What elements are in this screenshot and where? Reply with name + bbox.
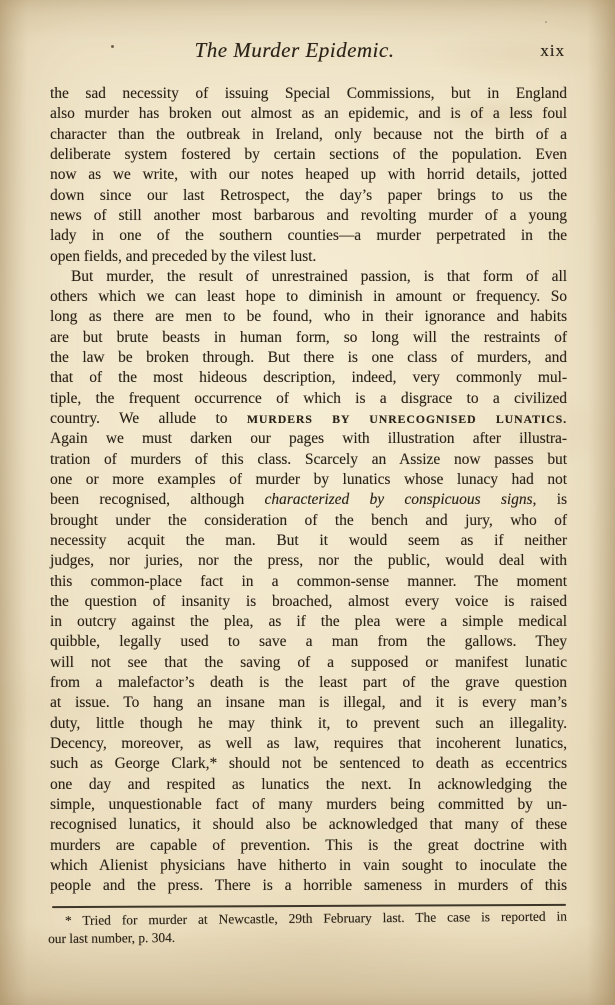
text-line: one or more examples of murder by lunati… <box>50 470 567 490</box>
text-line: the question of insanity is broached, al… <box>50 592 567 612</box>
text-line: at issue. To hang an insane man is illeg… <box>50 693 567 713</box>
text-segment: character than the outbreak in Ireland, … <box>50 126 567 143</box>
text-segment: such as George Clark,* should not be sen… <box>50 755 567 772</box>
text-line: one day and respited as lunatics the nex… <box>50 775 567 795</box>
text-line: are but brute beasts in human form, so l… <box>50 328 567 348</box>
text-segment: in outcry against the plea, as if the pl… <box>50 613 567 630</box>
text-line: tration of murders of this class. Scarce… <box>50 450 567 470</box>
text-segment: been recognised, although <box>50 491 265 508</box>
text-line: that of the most hideous description, in… <box>50 368 567 388</box>
ink-speck <box>545 21 547 23</box>
text-line: also murder has broken out almost as an … <box>50 104 567 124</box>
text-line: necessity acquit the man. But it would s… <box>50 531 567 551</box>
text-segment: that of the most hideous description, in… <box>50 369 567 386</box>
text-line: tiple, the frequent occurrence of which … <box>50 389 567 409</box>
text-line: quibble, legally used to save a man from… <box>50 632 567 652</box>
text-segment: quibble, legally used to save a man from… <box>50 633 567 650</box>
body-text: the sad necessity of issuing Special Com… <box>50 84 567 897</box>
text-segment: long as there are men to be found, who i… <box>50 308 567 325</box>
text-line: brought under the consideration of the b… <box>50 511 567 531</box>
text-segment: others which we can least hope to dimini… <box>50 288 567 305</box>
text-segment: brought under the consideration of the b… <box>50 512 567 529</box>
smallcaps-phrase: MURDERS BY UNRECOGNISED LUNATICS. <box>247 412 567 426</box>
text-segment: country. We allude to <box>50 410 247 427</box>
text-segment: simple, unquestionable fact of many murd… <box>50 796 567 813</box>
text-segment: also murder has broken out almost as an … <box>50 105 567 122</box>
text-line: others which we can least hope to dimini… <box>50 287 567 307</box>
footnote-line: our last number, p. 304. <box>48 925 567 948</box>
text-line: duty, little though he may think it, to … <box>50 714 567 734</box>
text-segment: Decency, moreover, as well as law, requi… <box>50 735 567 752</box>
text-line: which Alienist physicians have hitherto … <box>50 856 567 876</box>
text-line: will not see that the saving of a suppos… <box>50 653 567 673</box>
footnote: * Tried for murder at Newcastle, 29th Fe… <box>48 907 567 948</box>
text-segment: lady in one of the southern counties—a m… <box>50 227 567 244</box>
text-line: simple, unquestionable fact of many murd… <box>50 795 567 815</box>
text-line: character than the outbreak in Ireland, … <box>50 125 567 145</box>
text-line: such as George Clark,* should not be sen… <box>50 754 567 774</box>
text-line: people and the press. There is a horribl… <box>50 876 567 896</box>
text-segment: which Alienist physicians have hitherto … <box>50 857 567 874</box>
text-segment: open fields, and preceded by the vilest … <box>50 248 316 265</box>
page-header: The Murder Epidemic. xix <box>50 38 567 66</box>
text-line: But murder, the result of unrestrained p… <box>50 267 567 287</box>
text-segment: necessity acquit the man. But it would s… <box>50 532 567 549</box>
italic-phrase: characterized by conspicuous signs <box>265 491 533 508</box>
text-line: Decency, moreover, as well as law, requi… <box>50 734 567 754</box>
text-segment: deliberate system fostered by certain se… <box>50 146 567 163</box>
text-line: murders are capable of prevention. This … <box>50 836 567 856</box>
text-line: judges, nor juries, nor the press, nor t… <box>50 551 567 571</box>
text-segment: the law be broken through. But there is … <box>50 349 567 366</box>
text-segment: from a malefactor’s death is the least p… <box>50 674 567 691</box>
text-segment: judges, nor juries, nor the press, nor t… <box>50 552 567 569</box>
text-line: down since our last Retrospect, the day’… <box>50 186 567 206</box>
running-title: The Murder Epidemic. <box>36 38 553 63</box>
text-segment: people and the press. There is a horribl… <box>50 877 567 894</box>
text-line: news of still another most barbarous and… <box>50 206 567 226</box>
text-line: in outcry against the plea, as if the pl… <box>50 612 567 632</box>
text-segment: recognised lunatics, it should also be a… <box>50 816 567 833</box>
text-segment: the question of insanity is broached, al… <box>50 593 567 610</box>
text-segment: tiple, the frequent occurrence of which … <box>50 390 567 407</box>
text-line: deliberate system fostered by certain se… <box>50 145 567 165</box>
text-segment: news of still another most barbarous and… <box>50 207 567 224</box>
text-line: now as we write, with our notes heaped u… <box>50 165 567 185</box>
text-line: Again we must darken our pages with illu… <box>50 429 567 449</box>
text-segment: Again we must darken our pages with illu… <box>50 430 567 447</box>
text-line: recognised lunatics, it should also be a… <box>50 815 567 835</box>
text-segment: now as we write, with our notes heaped u… <box>50 166 567 183</box>
text-segment: at issue. To hang an insane man is illeg… <box>50 694 567 711</box>
page-number: xix <box>540 41 565 61</box>
text-segment: duty, little though he may think it, to … <box>50 715 567 732</box>
text-segment: murders are capable of prevention. This … <box>50 837 567 854</box>
text-segment: the sad necessity of issuing Special Com… <box>50 85 567 102</box>
text-segment: one or more examples of murder by lunati… <box>50 471 567 488</box>
text-segment: this common-place fact in a common-sense… <box>50 573 567 590</box>
text-segment: one day and respited as lunatics the nex… <box>50 776 567 793</box>
text-line: the sad necessity of issuing Special Com… <box>50 84 567 104</box>
text-line: this common-place fact in a common-sense… <box>50 572 567 592</box>
text-line: open fields, and preceded by the vilest … <box>50 247 567 267</box>
text-segment: tration of murders of this class. Scarce… <box>50 451 567 468</box>
text-line: long as there are men to be found, who i… <box>50 307 567 327</box>
text-segment: will not see that the saving of a suppos… <box>50 654 567 671</box>
text-segment: But murder, the result of unrestrained p… <box>71 268 567 285</box>
text-line: country. We allude to MURDERS BY UNRECOG… <box>50 409 567 429</box>
text-segment: , is <box>533 491 567 508</box>
text-line: lady in one of the southern counties—a m… <box>50 226 567 246</box>
text-line: from a malefactor’s death is the least p… <box>50 673 567 693</box>
text-segment: down since our last Retrospect, the day’… <box>50 187 567 204</box>
text-segment: are but brute beasts in human form, so l… <box>50 329 567 346</box>
text-line: been recognised, although characterized … <box>50 490 567 510</box>
text-line: the law be broken through. But there is … <box>50 348 567 368</box>
